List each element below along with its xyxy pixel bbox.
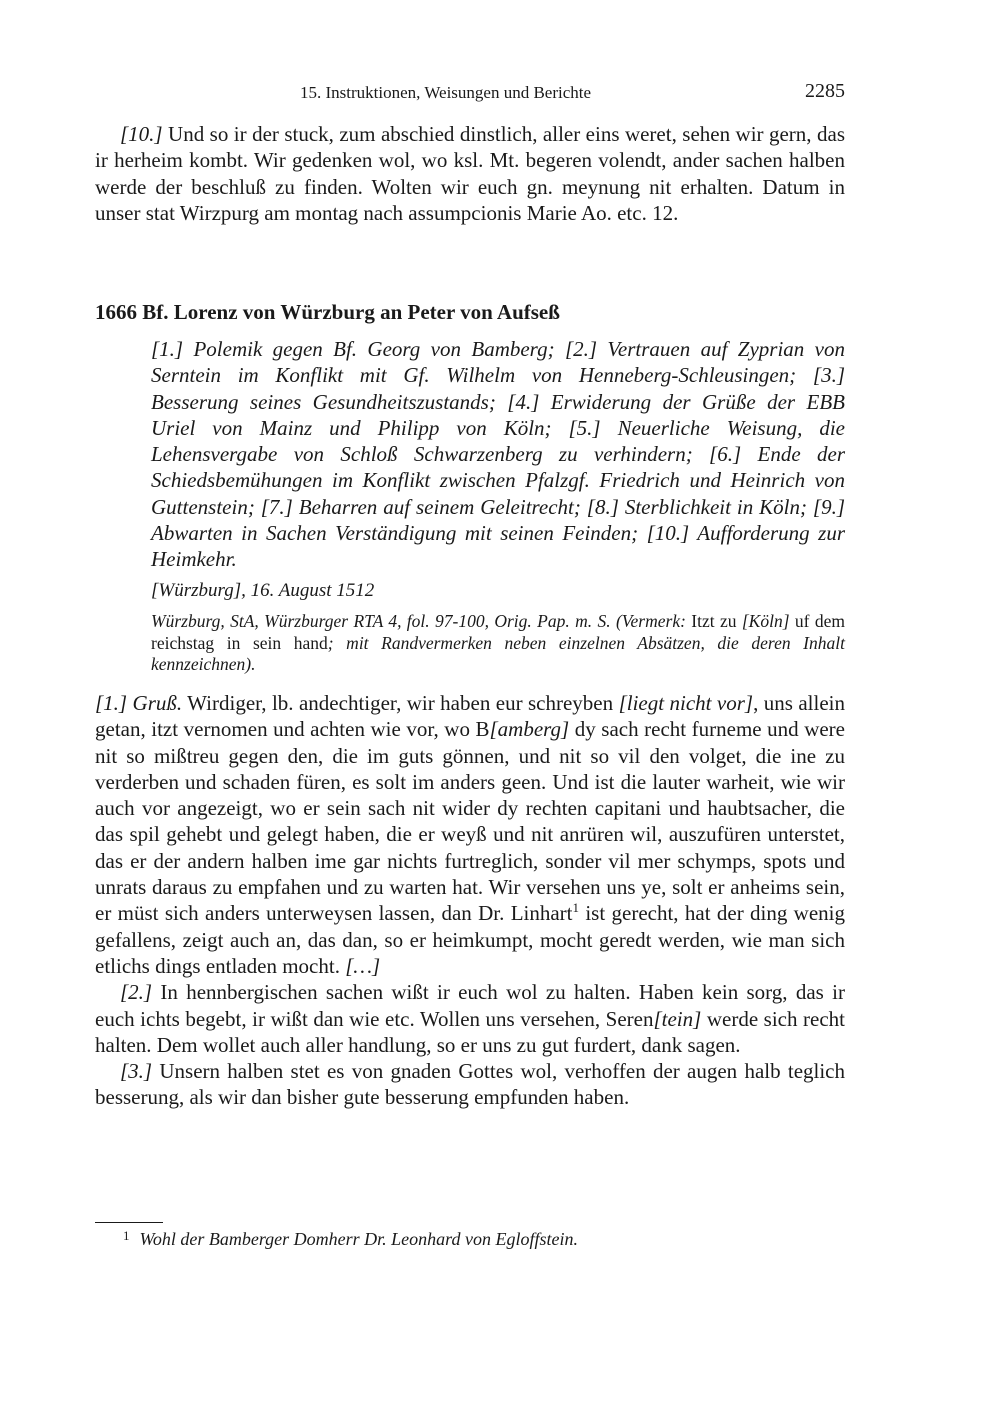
editorial-expansion: [tein] (653, 1007, 701, 1031)
paragraph-text: dy sach recht furneme und were nit so mi… (95, 717, 845, 925)
document-regest: [1.] Polemik gegen Bf. Georg von Bamberg… (151, 336, 845, 573)
paragraph-text: Wirdiger, lb. andechtiger, wir haben eur… (182, 691, 618, 715)
paragraph-2: [2.] In hennbergischen sachen wißt ir eu… (95, 979, 845, 1058)
main-text: [1.] Gruß. Wirdiger, lb. andechtiger, wi… (95, 690, 845, 1111)
footnote-divider (95, 1222, 163, 1223)
source-endorsement: Itzt zu (691, 611, 742, 631)
paragraph-marker: [3.] (120, 1059, 152, 1083)
paragraph-marker: [2.] (120, 980, 152, 1004)
page-number: 2285 (805, 80, 845, 103)
paragraph-marker: [10.] (120, 122, 163, 146)
document-date: [Würzburg], 16. August 1512 (151, 580, 374, 602)
paragraph-text: Und so ir der stuck, zum abschied dinstl… (95, 122, 845, 225)
footnote-1: 1Wohl der Bamberger Domherr Dr. Leonhard… (123, 1228, 578, 1250)
omission-mark: […] (345, 954, 380, 978)
running-title: 15. Instruktionen, Weisungen und Bericht… (300, 83, 591, 103)
source-note: Würzburg, StA, Würzburger RTA 4, fol. 97… (151, 611, 845, 676)
footnote-number: 1 (123, 1228, 130, 1243)
paragraph-3: [3.] Unsern halben stet es von gnaden Go… (95, 1058, 845, 1111)
editorial-note: [liegt nicht vor] (619, 691, 754, 715)
footnote-text: Wohl der Bamberger Domherr Dr. Leonhard … (140, 1229, 578, 1249)
paragraph-1: [1.] Gruß. Wirdiger, lb. andechtiger, wi… (95, 690, 845, 979)
source-archive: Würzburg, StA, Würzburger RTA 4, fol. 97… (151, 611, 691, 631)
page-header: 15. Instruktionen, Weisungen und Bericht… (95, 80, 845, 106)
source-place: [Köln] (742, 611, 790, 631)
previous-paragraph-10: [10.] Und so ir der stuck, zum abschied … (95, 121, 845, 226)
paragraph-text: Unsern halben stet es von gnaden Gottes … (95, 1059, 845, 1109)
editorial-expansion: [amberg] (490, 717, 570, 741)
document-title: 1666 Bf. Lorenz von Würzburg an Peter vo… (95, 300, 560, 325)
paragraph-marker: [1.] Gruß. (95, 691, 182, 715)
